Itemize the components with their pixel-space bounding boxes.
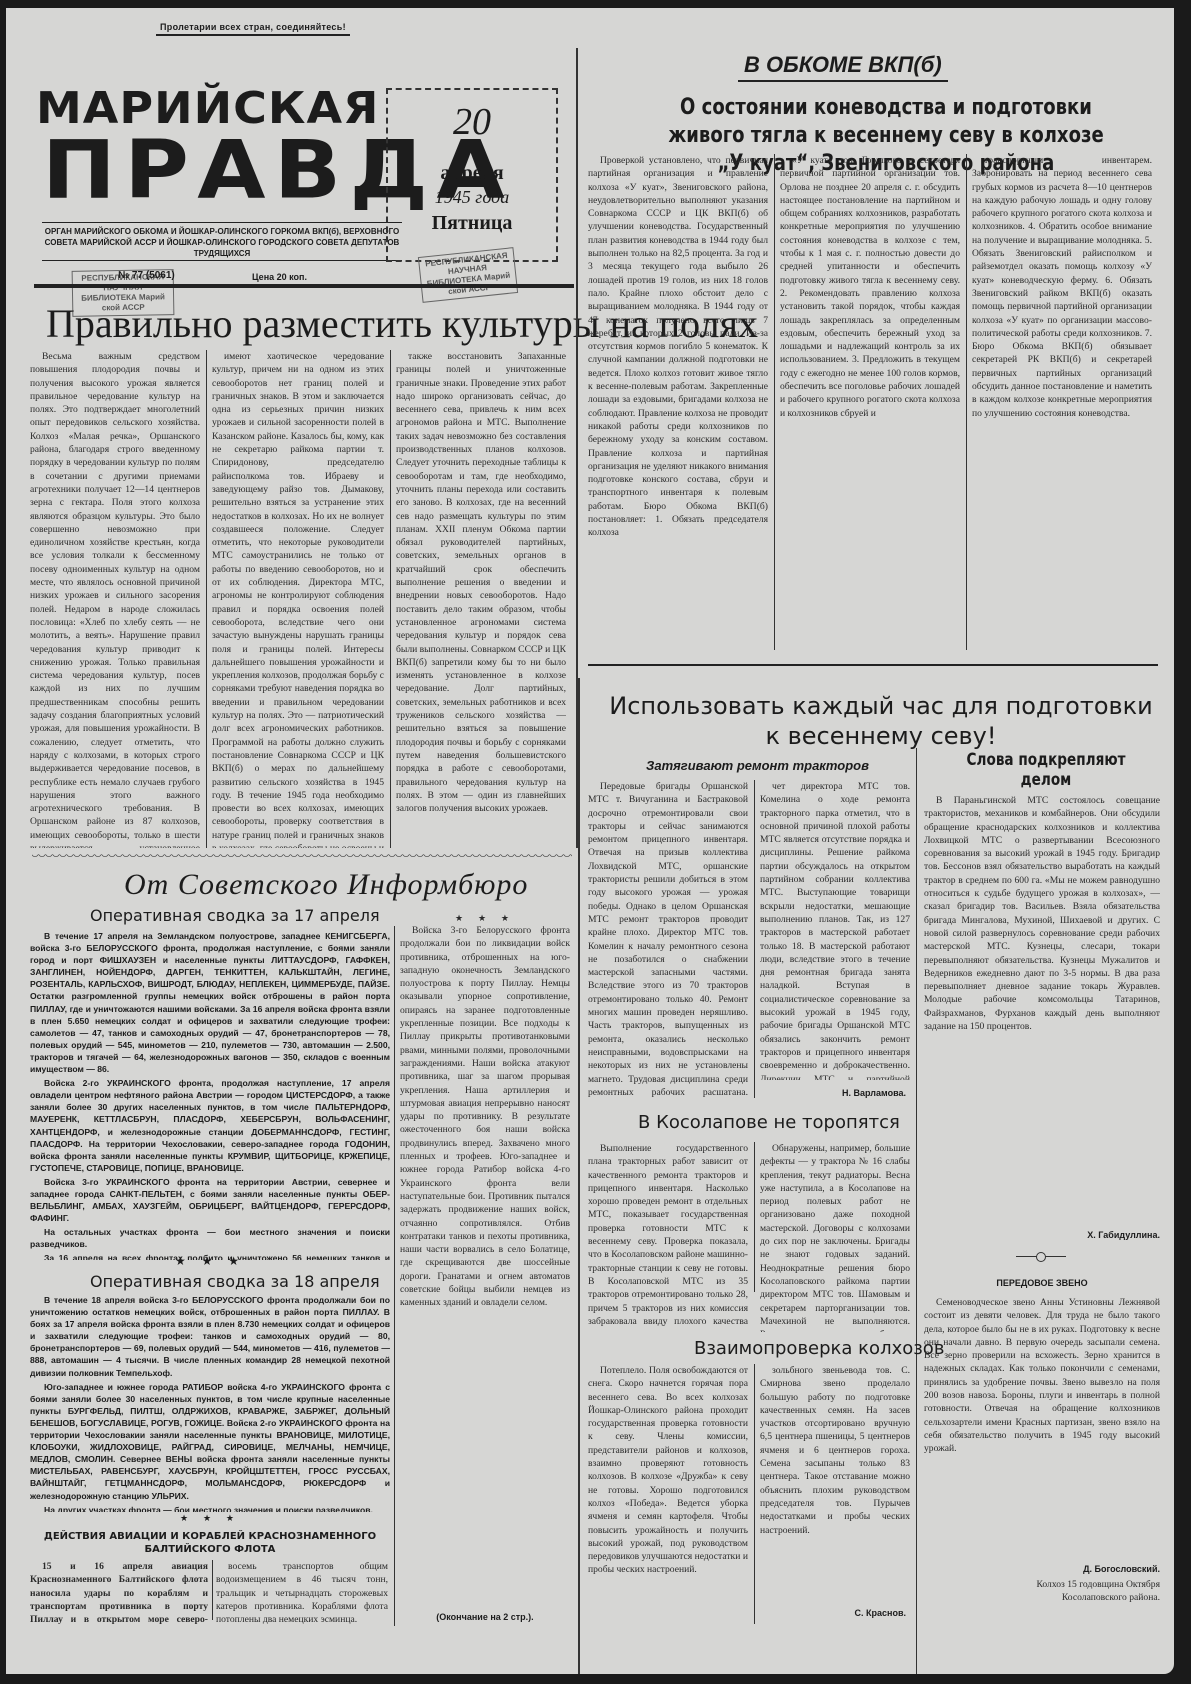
- obkom-text: Проверкой установлено, что первичная пар…: [588, 154, 768, 540]
- page-divider: [578, 678, 580, 1674]
- date-month: апреля: [388, 162, 556, 185]
- newspaper-page: Пролетарии всех стран, соединяйтесь! МАР…: [6, 8, 1174, 1674]
- leading-team-text: Семеноводческое звено Анны Устиновны Леж…: [924, 1296, 1160, 1558]
- kosolapovo-column-2: Обнаружены, например, большие дефекты — …: [760, 1142, 910, 1332]
- mutual-check-headline: Взаимопроверка колхозов: [694, 1338, 944, 1359]
- kosolapovo-headline: В Косолапове не торопятся: [638, 1112, 900, 1133]
- lead-article-column-1: Весьма важным средством повышения плодор…: [30, 350, 200, 848]
- spring-headline-line1: Использовать каждый час для подготовки: [591, 691, 1171, 721]
- date-weekday: Пятница: [388, 212, 556, 235]
- obkom-column-2: «У куат» тов. Горшкова и секретаря перви…: [780, 154, 960, 650]
- publisher-line: ОРГАН МАРИЙСКОГО ОБКОМА И ЙОШКАР-ОЛИНСКО…: [42, 222, 402, 259]
- mutual-check-text: Потеплело. Поля освобождаются от снега. …: [588, 1364, 748, 1577]
- tractors-signature: Н. Варламова.: [766, 1088, 906, 1098]
- words-deeds-text: В Параньгинской МТС состоялось совещание…: [924, 794, 1160, 1194]
- obkom-column-1: Проверкой установлено, что первичная пар…: [588, 154, 768, 650]
- date-year: 1945 года: [388, 187, 556, 208]
- motto: Пролетарии всех стран, соединяйтесь!: [156, 22, 350, 36]
- column-divider: [390, 350, 391, 848]
- mutual-check-column-2: зольбного звеньевода тов. С. Смирнова зв…: [760, 1364, 910, 1604]
- tractors-column-1: Передовые бригады Оршанской МТС т. Вичуг…: [588, 780, 748, 1098]
- lead-article-column-3: также восстановить Запаханные границы по…: [396, 350, 566, 848]
- report-paragraph: Юго-западнее и южнее города РАТИБОР войс…: [30, 1381, 390, 1502]
- column-divider: [206, 350, 207, 848]
- column-divider: [394, 926, 395, 1626]
- continued-note: (Окончание на 2 стр.).: [400, 1612, 570, 1622]
- baltic-column-2: восемь транспортов общим водоизмещением …: [216, 1560, 388, 1628]
- column-divider: [754, 780, 755, 1098]
- report-paragraph: В течение 17 апреля на Земландском полуо…: [30, 930, 390, 1075]
- column-divider: [754, 1142, 755, 1292]
- issue-number: № 77 (5061): [118, 270, 175, 281]
- leading-team-headline: ПЕРЕДОВОЕ ЗВЕНО: [924, 1278, 1160, 1288]
- report-paragraph: Войска 3-го УКРАИНСКОГО фронта на террит…: [30, 1176, 390, 1224]
- obkom-end-rule: [588, 664, 1158, 666]
- report-17-body: В течение 17 апреля на Земландском полуо…: [30, 930, 390, 1260]
- mutual-check-text: зольбного звеньевода тов. С. Смирнова зв…: [760, 1364, 910, 1537]
- belorussian-front-text: Войска 3-го Белорусского фронта продолжа…: [400, 924, 570, 1310]
- spring-headline-line2: к весеннему севу!: [591, 721, 1171, 751]
- obkom-text: «У куат» тов. Горшкова и секретаря перви…: [780, 154, 960, 420]
- report-paragraph: Войска 2-го УКРАИНСКОГО фронта, продолжа…: [30, 1077, 390, 1174]
- price: Цена 20 коп.: [252, 272, 307, 282]
- stars-divider: ★ ★ ★: [30, 1254, 390, 1268]
- leading-team-affiliation: Колхоз 15 годовщина Октября Косолаповско…: [1006, 1578, 1160, 1605]
- column-divider: [212, 1560, 213, 1620]
- lead-article-text: также восстановить Запаханные границы по…: [396, 350, 566, 815]
- spring-headline: Использовать каждый час для подготовки к…: [591, 691, 1171, 751]
- report-paragraph: На других участках фронта — бои местного…: [30, 1504, 390, 1512]
- obkom-column-3: транспортным инвентарем. Забронировать н…: [972, 154, 1152, 650]
- obkom-section-title: В ОБКОМЕ ВКП(б): [738, 52, 948, 82]
- tractors-column-2: чет директора МТС тов. Комелина о ходе р…: [760, 780, 910, 1080]
- baltic-text: 15 и 16 апреля авиация Краснознаменного …: [30, 1560, 208, 1628]
- tractors-text: Передовые бригады Оршанской МТС т. Вичуг…: [588, 780, 748, 1098]
- library-stamp-right: РЕСПУБЛИКАНСКАЯ НАУЧНАЯ БИБЛИОТЕКА Марий…: [418, 247, 518, 303]
- kosolapovo-column-1: Выполнение государственного плана тракто…: [588, 1142, 748, 1332]
- tractors-text: чет директора МТС тов. Комелина о ходе р…: [760, 780, 910, 1080]
- belorussian-front-column: ★ ★ ★ Войска 3-го Белорусского фронта пр…: [400, 914, 570, 1590]
- lead-article-column-2: имеют хаотическое чередование культур, п…: [212, 350, 384, 848]
- report-18-headline: Оперативная сводка за 18 апреля: [90, 1272, 380, 1291]
- report-paragraph: В течение 18 апреля войска 3-го БЕЛОРУСС…: [30, 1294, 390, 1379]
- words-deeds-headline: Слова подкрепляют делом: [958, 750, 1134, 790]
- sovinformburo-title: От Советского Информбюро: [124, 868, 528, 902]
- words-deeds-body: В Параньгинской МТС состоялось совещание…: [924, 794, 1160, 1033]
- mutual-check-signature: С. Краснов.: [766, 1608, 906, 1618]
- leading-team-body: Семеноводческое звено Анны Устиновны Леж…: [924, 1296, 1160, 1456]
- header-rule: [34, 284, 574, 288]
- kosolapovo-text: Обнаружены, например, большие дефекты — …: [760, 1142, 910, 1332]
- tractors-headline: Затягивают ремонт тракторов: [646, 758, 869, 773]
- column-divider: [774, 154, 775, 650]
- column-divider: [916, 748, 917, 1674]
- baltic-column-1: 15 и 16 апреля авиация Краснознаменного …: [30, 1560, 208, 1628]
- report-18-body: В течение 18 апреля войска 3-го БЕЛОРУСС…: [30, 1294, 390, 1512]
- stars-divider: ★ ★ ★: [400, 914, 570, 924]
- obkom-text: транспортным инвентарем. Забронировать н…: [972, 154, 1152, 420]
- date-box: 20 апреля 1945 года Пятница: [386, 88, 558, 262]
- masthead-rule: [42, 260, 402, 261]
- lead-article-text: имеют хаотическое чередование культур, п…: [212, 350, 384, 848]
- mutual-check-column-1: Потеплело. Поля освобождаются от снега. …: [588, 1364, 748, 1664]
- date-day: 20: [388, 100, 556, 144]
- lead-article-text: Весьма важным средством повышения плодор…: [30, 350, 200, 848]
- kosolapovo-text: Выполнение государственного плана тракто…: [588, 1142, 748, 1332]
- separator-circle-icon: [1036, 1252, 1046, 1262]
- leading-team-signature: Д. Богословский.: [924, 1564, 1160, 1574]
- words-deeds-signature: Х. Габидуллина.: [924, 1230, 1160, 1240]
- report-paragraph: На остальных участках фронта — бои местн…: [30, 1226, 390, 1250]
- baltic-headline: ДЕЙСТВИЯ АВИАЦИИ И КОРАБЛЕЙ КРАСНОЗНАМЕН…: [30, 1530, 390, 1556]
- column-divider: [754, 1364, 755, 1624]
- wavy-divider: [32, 854, 572, 860]
- column-divider: [966, 154, 967, 650]
- stars-divider: ★ ★ ★: [30, 1514, 390, 1524]
- report-17-headline: Оперативная сводка за 17 апреля: [90, 906, 380, 925]
- baltic-text: восемь транспортов общим водоизмещением …: [216, 1560, 388, 1626]
